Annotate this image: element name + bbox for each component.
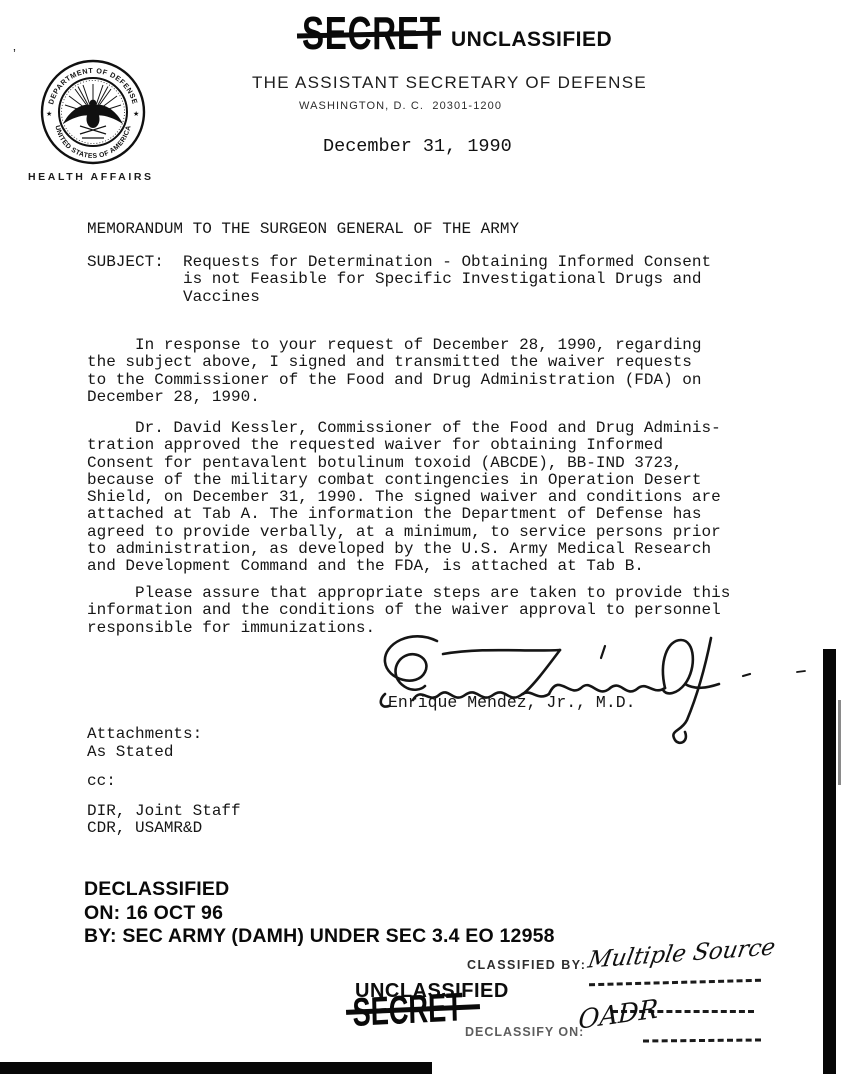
classified-by-label: CLASSIFIED BY:	[467, 958, 586, 972]
bottom-redaction-bar	[0, 1062, 432, 1074]
cc-label: cc:	[87, 773, 116, 790]
attachments-value: As Stated	[87, 744, 173, 761]
declassify-on-handwritten-value: OADR	[578, 994, 659, 1036]
dod-seal-icon: DEPARTMENT OF DEFENSE UNITED STATES OF A…	[40, 56, 146, 175]
unclassified-stamp-top: UNCLASSIFIED	[451, 28, 612, 52]
declassify-on-label: DECLASSIFY ON:	[465, 1025, 584, 1039]
attachments-label: Attachments:	[87, 726, 202, 743]
declassified-line: DECLASSIFIED	[84, 878, 555, 902]
declassified-by-line: BY: SEC ARMY (DAMH) UNDER SEC 3.4 EO 129…	[84, 925, 555, 949]
seal-star-right-icon: ★	[133, 110, 139, 118]
letterhead-address: WASHINGTON, D. C. 20301-1200	[299, 100, 502, 112]
right-edge-redaction-bar	[823, 649, 836, 1074]
subject-block: SUBJECT: Requests for Determination - Ob…	[87, 254, 711, 306]
memo-date: December 31, 1990	[323, 136, 512, 157]
subject-text: Requests for Determination - Obtaining I…	[183, 254, 711, 306]
declassified-on-line: ON: 16 OCT 96	[84, 902, 555, 926]
subject-label: SUBJECT:	[87, 254, 183, 306]
body-paragraph-2: Dr. David Kessler, Commissioner of the F…	[87, 420, 721, 576]
signature-typed-name: Enrique Mendez, Jr., M.D.	[388, 694, 636, 711]
letterhead-office: THE ASSISTANT SECRETARY OF DEFENSE	[252, 73, 647, 93]
body-paragraph-1: In response to your request of December …	[87, 337, 702, 406]
memo-to-line: MEMORANDUM TO THE SURGEON GENERAL OF THE…	[87, 221, 519, 238]
declassify-on-dotted-line	[643, 1038, 761, 1042]
right-edge-scan-sliver	[838, 700, 841, 785]
memo-document-page: ’ ’ SECRET UNCLASSIFIED DEPARTMENT OF DE…	[0, 0, 850, 1087]
body-paragraph-3: Please assure that appropriate steps are…	[87, 585, 730, 637]
classified-by-handwritten-value: Multiple Source	[586, 934, 777, 973]
declassified-block: DECLASSIFIED ON: 16 OCT 96 BY: SEC ARMY …	[84, 878, 555, 949]
classified-by-dotted-line	[589, 979, 761, 987]
scan-artifact-mark: ’	[13, 46, 16, 61]
cc-list: DIR, Joint Staff CDR, USAMR&D	[87, 803, 241, 838]
seal-caption: HEALTH AFFAIRS	[28, 171, 154, 183]
seal-star-left-icon: ★	[46, 110, 52, 118]
